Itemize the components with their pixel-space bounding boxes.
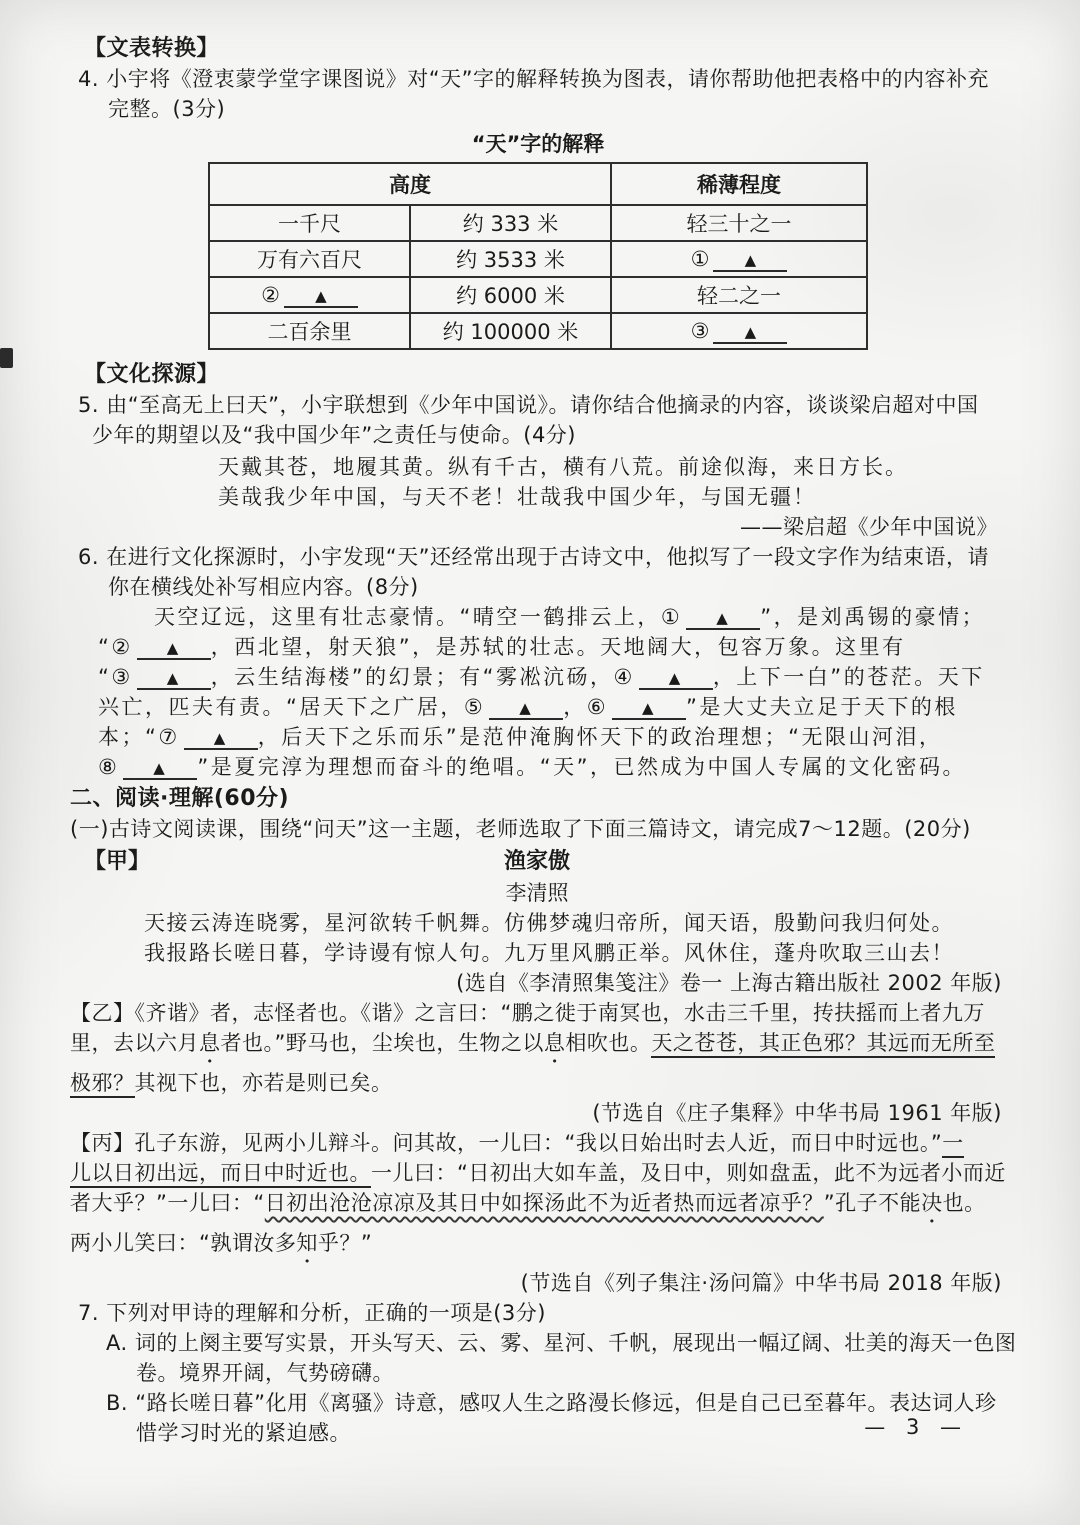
text-segment: 息 [199, 1031, 221, 1055]
q4-stem-line2: 完整。(3分) [108, 94, 1004, 124]
blank-number: ⑤ [464, 695, 489, 719]
text-segment: 约 333 米 [463, 212, 558, 236]
blank-number: ④ [613, 665, 638, 689]
passage-bing-line2: 儿以日初出远，而日中时近也。一儿曰：“日初出大如车盖，及日中，则如盘盂，此不为远… [70, 1158, 1004, 1188]
text-segment: 相吹也。 [565, 1031, 651, 1055]
table-row: ②▲ 约 6000 米 轻二之一 [209, 277, 867, 313]
text-segment: ”是夏完淳为理想而奋斗的绝唱。“天”，已然成为中国人专属的文化密码。 [197, 755, 966, 779]
table-cell: 万有六百尺 [209, 241, 410, 277]
answer-blank: ▲ [612, 699, 686, 720]
table-cell: 约 6000 米 [410, 277, 611, 313]
passage-jia-title-row: 【甲】 渔家傲 [70, 846, 1004, 878]
table-cell: 轻二之一 [611, 277, 867, 313]
text-segment: 【乙】《齐谐》者，志怪者也。《谐》之言曰：“鹏之徙于南冥也，水击三千里，抟扶摇而… [70, 1001, 985, 1025]
blank-number: ③ [111, 665, 136, 689]
passage-bing-source: (节选自《列子集注·汤问篇》中华书局 2018 年版) [70, 1268, 1002, 1298]
text-segment: 日初出沧沧凉凉及其日中如探汤此不为近者热而远者凉乎？ [265, 1191, 824, 1215]
table-cell: 一千尺 [209, 205, 410, 241]
q6-body-line4: 兴亡，匹夫有责。“居天下之广居，⑤▲，⑥▲”是大丈夫立足于天下的根 [98, 692, 1004, 722]
passage-bing-line1: 【丙】孔子东游，见两小儿辩斗。问其故，一儿曰：“我以日始出时去人近，而日中时远也… [70, 1128, 1004, 1158]
passage-yi-line3: 极邪？其视下也，亦若是则已矣。 [70, 1068, 1004, 1098]
answer-blank: ▲ [713, 251, 787, 272]
table-header-height: 高度 [209, 163, 611, 205]
tian-definition-table: 高度 稀薄程度 一千尺 约 333 米 轻三十之一 万有六百尺 约 3533 米… [208, 162, 868, 350]
text-segment: ， [563, 695, 587, 719]
blank-number: ③ [691, 319, 714, 343]
blank-number: ① [691, 247, 714, 271]
exam-paper-page: 【文表转换】 4. 小宇将《澄衷蒙学堂字课图说》对“天”字的解释转换为图表，请你… [0, 0, 1080, 1525]
text-segment: ”是大丈夫立足于天下的根 [686, 695, 958, 719]
text-segment: ，上下一白”的苍茫。天下 [713, 665, 985, 689]
table-cell: 约 333 米 [410, 205, 611, 241]
text-segment: 【丙】孔子东游，见两小儿辩斗。问其故，一儿曰：“我以日始出时去人近，而日中时远也… [70, 1131, 942, 1155]
passage-bing-line3: 者大乎？”一儿曰：“日初出沧沧凉凉及其日中如探汤此不为近者热而远者凉乎？”孔子不… [70, 1188, 1004, 1228]
text-segment: 约 3533 米 [456, 248, 565, 272]
q6-stem-line1: 6. 在进行文化探源时，小宇发现“天”还经常出现于古诗文中，他拟写了一段文字作为… [78, 542, 1004, 572]
text-segment: 两小儿笑曰：“孰谓汝多 [70, 1231, 296, 1255]
text-segment: 息 [544, 1031, 566, 1055]
text-segment: 本；“ [98, 725, 158, 749]
table-header-thinness: 稀薄程度 [611, 163, 867, 205]
text-segment: ，云生结海楼”的幻景；有“雾凇沆砀， [211, 665, 614, 689]
text-segment: 轻二之一 [697, 284, 781, 308]
passage-jia-source: (选自《李清照集笺注》卷一 上海古籍出版社 2002 年版) [70, 968, 1002, 998]
text-segment: “ [98, 635, 111, 659]
q6-stem-line2: 你在横线处补写相应内容。(8分) [108, 572, 1004, 602]
text-segment: 兴亡，匹夫有责。“居天下之广居， [98, 695, 464, 719]
table-header-row: 高度 稀薄程度 [209, 163, 867, 205]
poem-title: 渔家傲 [504, 849, 570, 874]
table-cell-blank-1: ①▲ [611, 241, 867, 277]
text-segment: 其视下也，亦若是则已矣。 [135, 1071, 393, 1095]
text-segment: 儿以日初出远，而日中时近也。 [70, 1161, 371, 1188]
table-title: “天”字的解释 [208, 130, 868, 158]
answer-blank: ▲ [639, 669, 713, 690]
text-segment: 者也。”野马也，尘埃也，生物之以 [221, 1031, 544, 1055]
answer-blank: ▲ [184, 729, 258, 750]
text-segment: ”，是刘禹锡的豪情； [760, 605, 985, 629]
q7-option-a-line2: 卷。境界开阔，气势磅礴。 [136, 1358, 1004, 1388]
q6-body-line3: “③▲，云生结海楼”的幻景；有“雾凇沆砀，④▲，上下一白”的苍茫。天下 [98, 662, 1004, 692]
answer-blank: ▲ [123, 759, 197, 780]
scan-artifact-speck [0, 348, 13, 368]
answer-blank: ▲ [713, 323, 787, 344]
text-segment: “ [98, 665, 111, 689]
blank-number: ① [661, 605, 686, 629]
passage-yi-line2: 里，去以六月息者也。”野马也，尘埃也，生物之以息相吹也。天之苍苍，其正色邪？其远… [70, 1028, 1004, 1068]
blank-number: ② [111, 635, 136, 659]
section-tag-text-to-table: 【文表转换】 [84, 34, 1004, 64]
text-segment: 知 [296, 1231, 318, 1255]
answer-blank: ▲ [284, 287, 358, 308]
answer-blank: ▲ [489, 699, 563, 720]
text-segment: 二百余里 [268, 320, 352, 344]
text-segment: 极邪？ [70, 1071, 135, 1098]
q4-stem-line1: 4. 小宇将《澄衷蒙学堂字课图说》对“天”字的解释转换为图表，请你帮助他把表格中… [78, 64, 1004, 94]
text-segment: 万有六百尺 [257, 248, 362, 272]
q5-quote-line2: 美哉我少年中国，与天不老！壮哉我中国少年，与国无疆！ [218, 482, 1004, 512]
blank-number: ⑥ [587, 695, 612, 719]
table-cell: 约 100000 米 [410, 313, 611, 349]
table-row: 一千尺 约 333 米 轻三十之一 [209, 205, 867, 241]
page-content: 【文表转换】 4. 小宇将《澄衷蒙学堂字课图说》对“天”字的解释转换为图表，请你… [70, 34, 1004, 1448]
blank-number: ⑧ [98, 755, 123, 779]
q5-stem-line2: 少年的期望以及“我中国少年”之责任与使命。(4分) [92, 420, 1004, 450]
passage-yi-line1: 【乙】《齐谐》者，志怪者也。《谐》之言曰：“鹏之徙于南冥也，水击三千里，抟扶摇而… [70, 998, 1004, 1028]
q5-quote-line1: 天戴其苍，地履其黄。纵有千古，横有八荒。前途似海，来日方长。 [218, 452, 1004, 482]
q6-body-line6: ⑧▲”是夏完淳为理想而奋斗的绝唱。“天”，已然成为中国人专属的文化密码。 [98, 752, 1004, 782]
text-segment: 一千尺 [278, 212, 341, 236]
text-segment: 轻三十之一 [687, 212, 792, 236]
q5-stem-line1: 5. 由“至高无上曰天”，小宇联想到《少年中国说》。请你结合他摘录的内容，谈谈梁… [78, 390, 1004, 420]
q6-body-line1: 天空辽远，这里有壮志豪情。“晴空一鹤排云上，①▲”，是刘禹锡的豪情； [154, 602, 1004, 632]
q6-body-line2: “②▲，西北望，射天狼”，是苏轼的壮志。天地阔大，包容万象。这里有 [98, 632, 1004, 662]
table-cell-blank-3: ③▲ [611, 313, 867, 349]
section2-heading: 二、阅读·理解(60分) [70, 784, 1004, 814]
q6-body-line5: 本；“⑦▲，后天下之乐而乐”是范仲淹胸怀天下的政治理想；“无限山河泪， [98, 722, 1004, 752]
reading-intro: (一)古诗文阅读课，围绕“问天”这一主题，老师选取了下面三篇诗文，请完成7～12… [70, 814, 1004, 844]
text-segment: 天之苍苍，其正色邪？其远而无所至 [651, 1031, 995, 1058]
q7-option-b-line1: B. “路长嗟日暮”化用《离骚》诗意，感叹人生之路漫长修远，但是自己已至暮年。表… [106, 1388, 1004, 1418]
passage-yi-source: (节选自《庄子集释》中华书局 1961 年版) [70, 1098, 1002, 1128]
page-number: — 3 — [864, 1415, 968, 1439]
text-segment: 乎？” [318, 1231, 372, 1255]
text-segment: ”孔子不能 [824, 1191, 921, 1215]
poem-author: 李清照 [70, 878, 1004, 908]
table-cell: 二百余里 [209, 313, 410, 349]
text-segment: ，西北望，射天狼”，是苏轼的壮志。天地阔大，包容万象。这里有 [211, 635, 906, 659]
text-segment: 一 [942, 1131, 964, 1158]
table-cell: 轻三十之一 [611, 205, 867, 241]
table-cell: 约 3533 米 [410, 241, 611, 277]
section-tag-culture-origin: 【文化探源】 [84, 360, 1004, 390]
text-segment: 天空辽远，这里有壮志豪情。“晴空一鹤排云上， [154, 605, 661, 629]
text-segment: 者大乎？”一儿曰：“ [70, 1191, 265, 1215]
text-segment: 约 6000 米 [456, 284, 565, 308]
poem-line1: 天接云涛连晓雾，星河欲转千帆舞。仿佛梦魂归帝所，闻天语，殷勤问我归何处。 [144, 908, 1004, 938]
answer-blank: ▲ [137, 639, 211, 660]
q7-stem: 7. 下列对甲诗的理解和分析，正确的一项是(3分) [78, 1298, 1004, 1328]
passage-bing-line4: 两小儿笑曰：“孰谓汝多知乎？” [70, 1228, 1004, 1268]
blank-number: ⑦ [158, 725, 183, 749]
blank-number: ② [261, 283, 284, 307]
answer-blank: ▲ [137, 669, 211, 690]
poem-line2: 我报路长嗟日暮，学诗谩有惊人句。九万里风鹏正举。风休住，蓬舟吹取三山去！ [144, 938, 1004, 968]
answer-blank: ▲ [686, 609, 760, 630]
text-segment: ，后天下之乐而乐”是范仲淹胸怀天下的政治理想；“无限山河泪， [258, 725, 943, 749]
text-segment: 也。 [943, 1191, 986, 1215]
table-row: 二百余里 约 100000 米 ③▲ [209, 313, 867, 349]
q7-option-a-line1: A. 词的上阕主要写实景，开头写天、云、雾、星河、千帆，展现出一幅辽阔、壮美的海… [106, 1328, 1004, 1358]
text-segment: 决 [921, 1191, 943, 1215]
passage-jia-label: 【甲】 [84, 846, 150, 878]
text-segment: 里，去以六月 [70, 1031, 199, 1055]
table-row: 万有六百尺 约 3533 米 ①▲ [209, 241, 867, 277]
table-cell-blank-2: ②▲ [209, 277, 410, 313]
text-segment: 约 100000 米 [443, 320, 579, 344]
text-segment: 一儿曰：“日初出大如车盖，及日中，则如盘盂，此不为远者小而近 [371, 1161, 1006, 1185]
q5-quote-attribution: ——梁启超《少年中国说》 [70, 512, 998, 542]
